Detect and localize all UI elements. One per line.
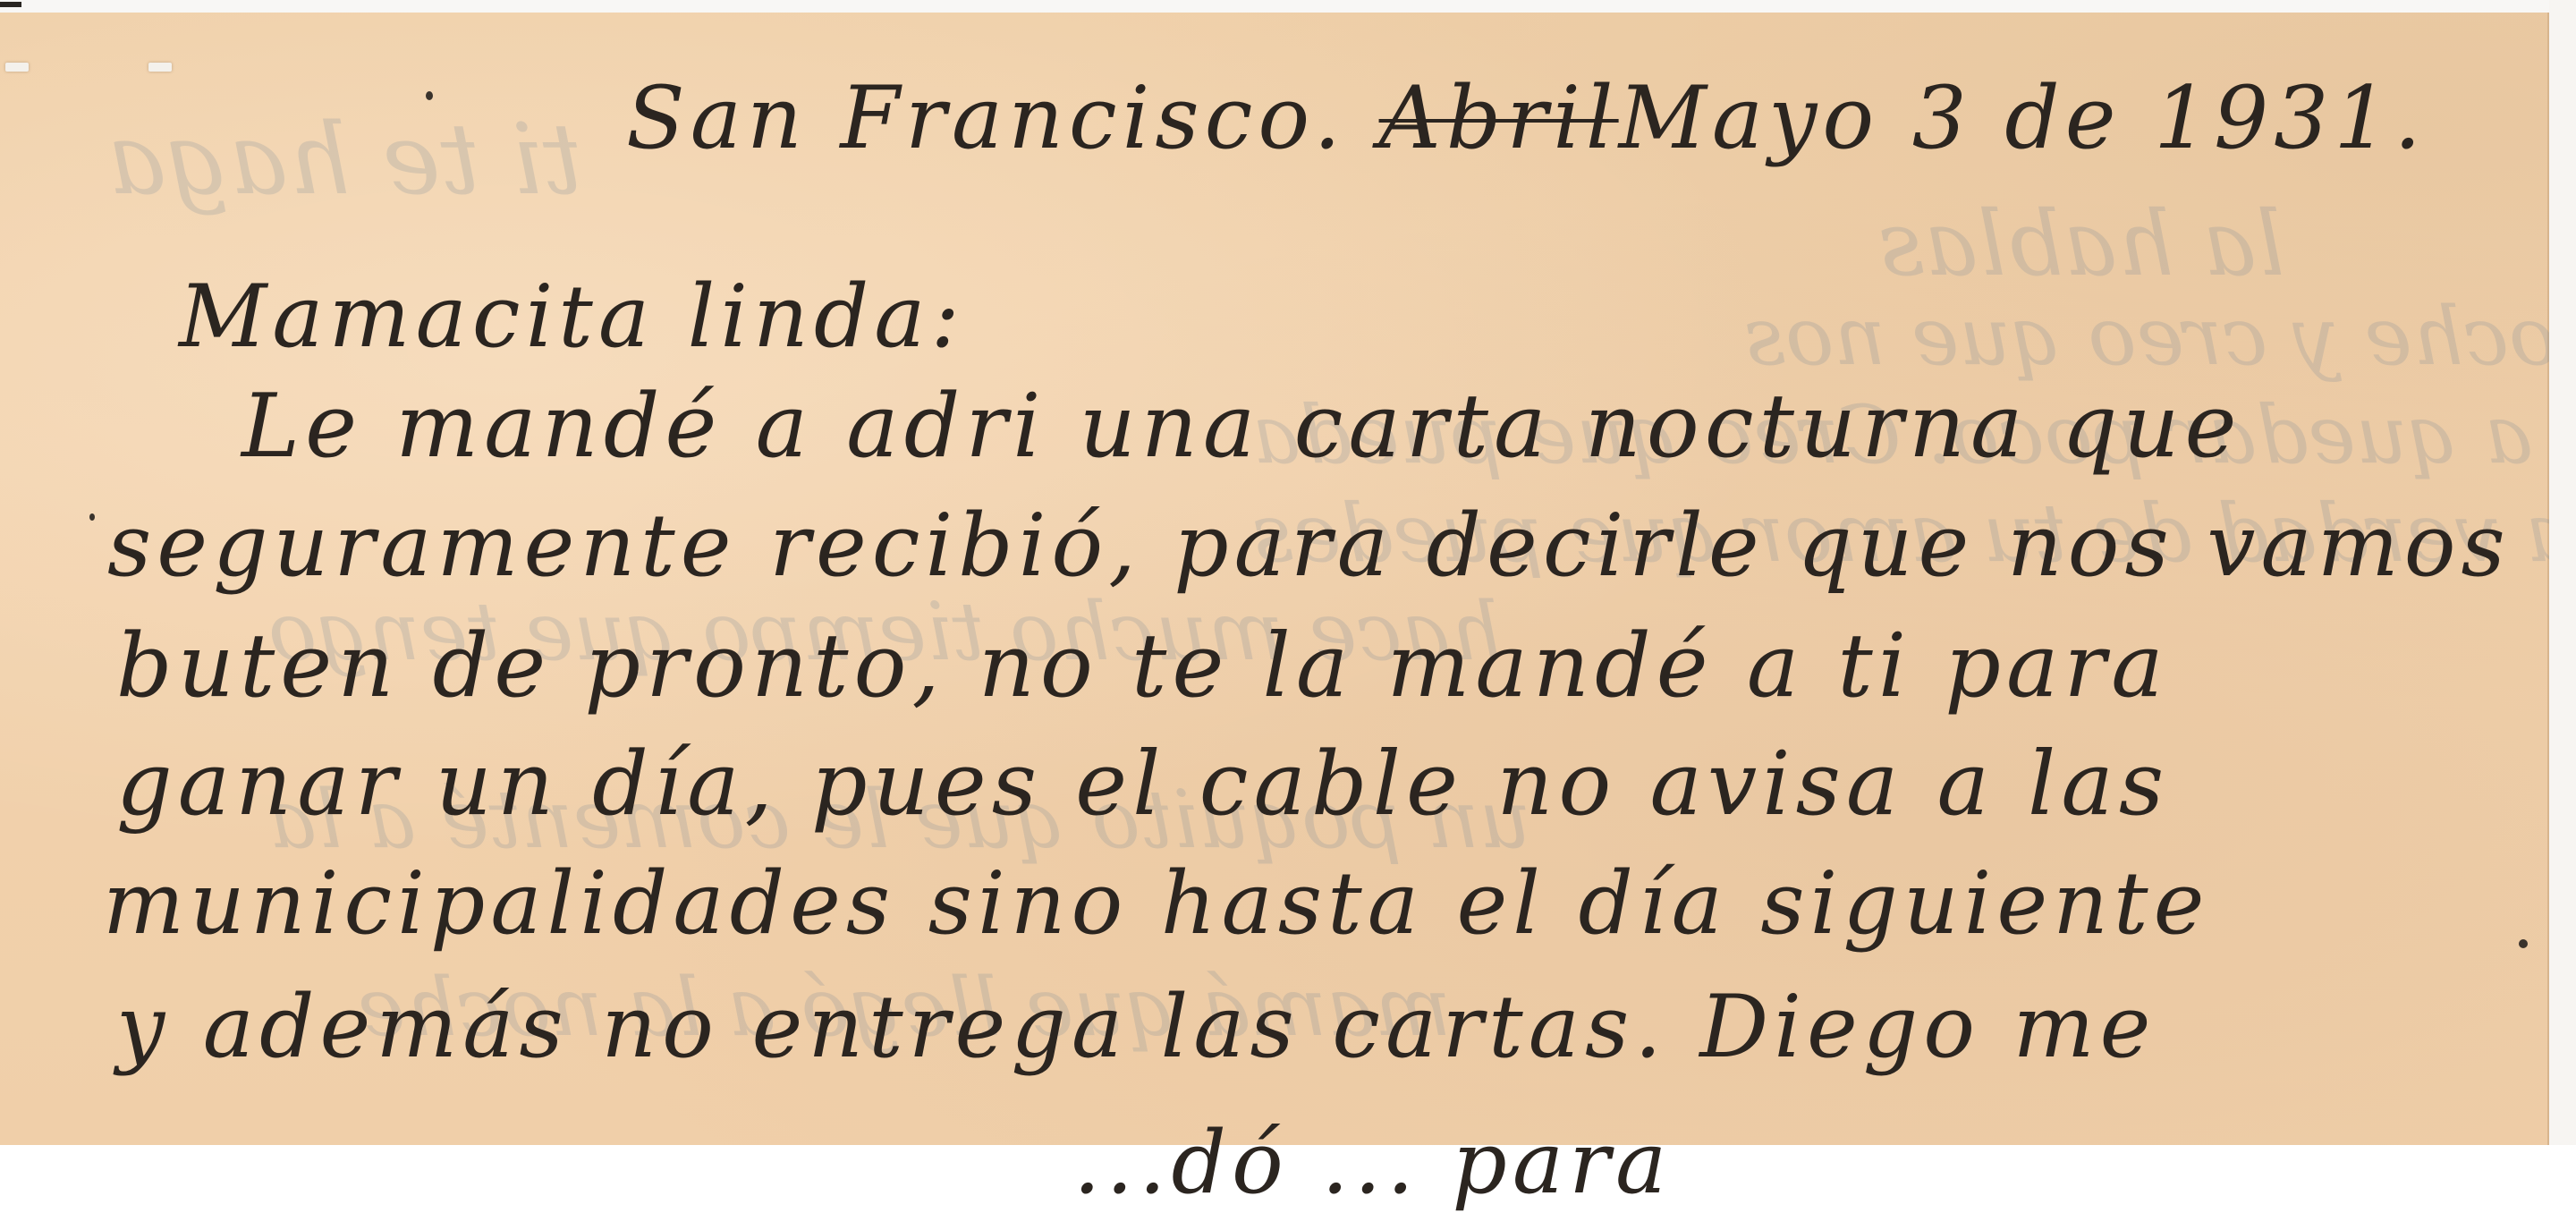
paper-tear-mark [148, 63, 172, 72]
body-line: y además no entrega las cartas. Diego me [116, 977, 2156, 1077]
dateline-place: San Francisco. [626, 68, 1346, 168]
body-line: seguramente recibió, para decirle que no… [107, 496, 2511, 596]
dateline-month: Mayo [1619, 68, 1880, 168]
body-line-cut-off: ...dó ... para [1073, 1113, 1672, 1145]
bleed-through-line: la hablas [1878, 191, 2284, 296]
paper-tear-mark [5, 63, 29, 72]
salutation: Mamacita linda: [179, 267, 965, 367]
scan-top-edge [0, 0, 2576, 13]
body-line: ganar un día, pues el cable no avisa a l… [116, 734, 2169, 836]
bleed-through-line: ti te haga [107, 102, 582, 216]
ink-speck [89, 513, 95, 521]
scan-corner-mark [0, 2, 21, 7]
ink-speck [2519, 939, 2528, 948]
ink-speck [426, 91, 433, 100]
dateline-day-year: 3 de 1931. [1912, 68, 2427, 168]
body-line: municipalidades sino hasta el día siguie… [103, 853, 2209, 954]
dateline: San Francisco. AbrilMayo 3 de 1931. [626, 68, 2427, 168]
body-line: Le mandé a adri una carta nocturna que [241, 376, 2241, 478]
body-line: buten de pronto, no te la mandé a ti par… [116, 615, 2169, 717]
dateline-struck-month: Abril [1379, 68, 1619, 168]
letter-page: ti te haga la hablas aqui esta la noche … [0, 13, 2549, 1145]
bleed-through-line: aqui esta la noche y creo que nos [1744, 290, 2576, 384]
